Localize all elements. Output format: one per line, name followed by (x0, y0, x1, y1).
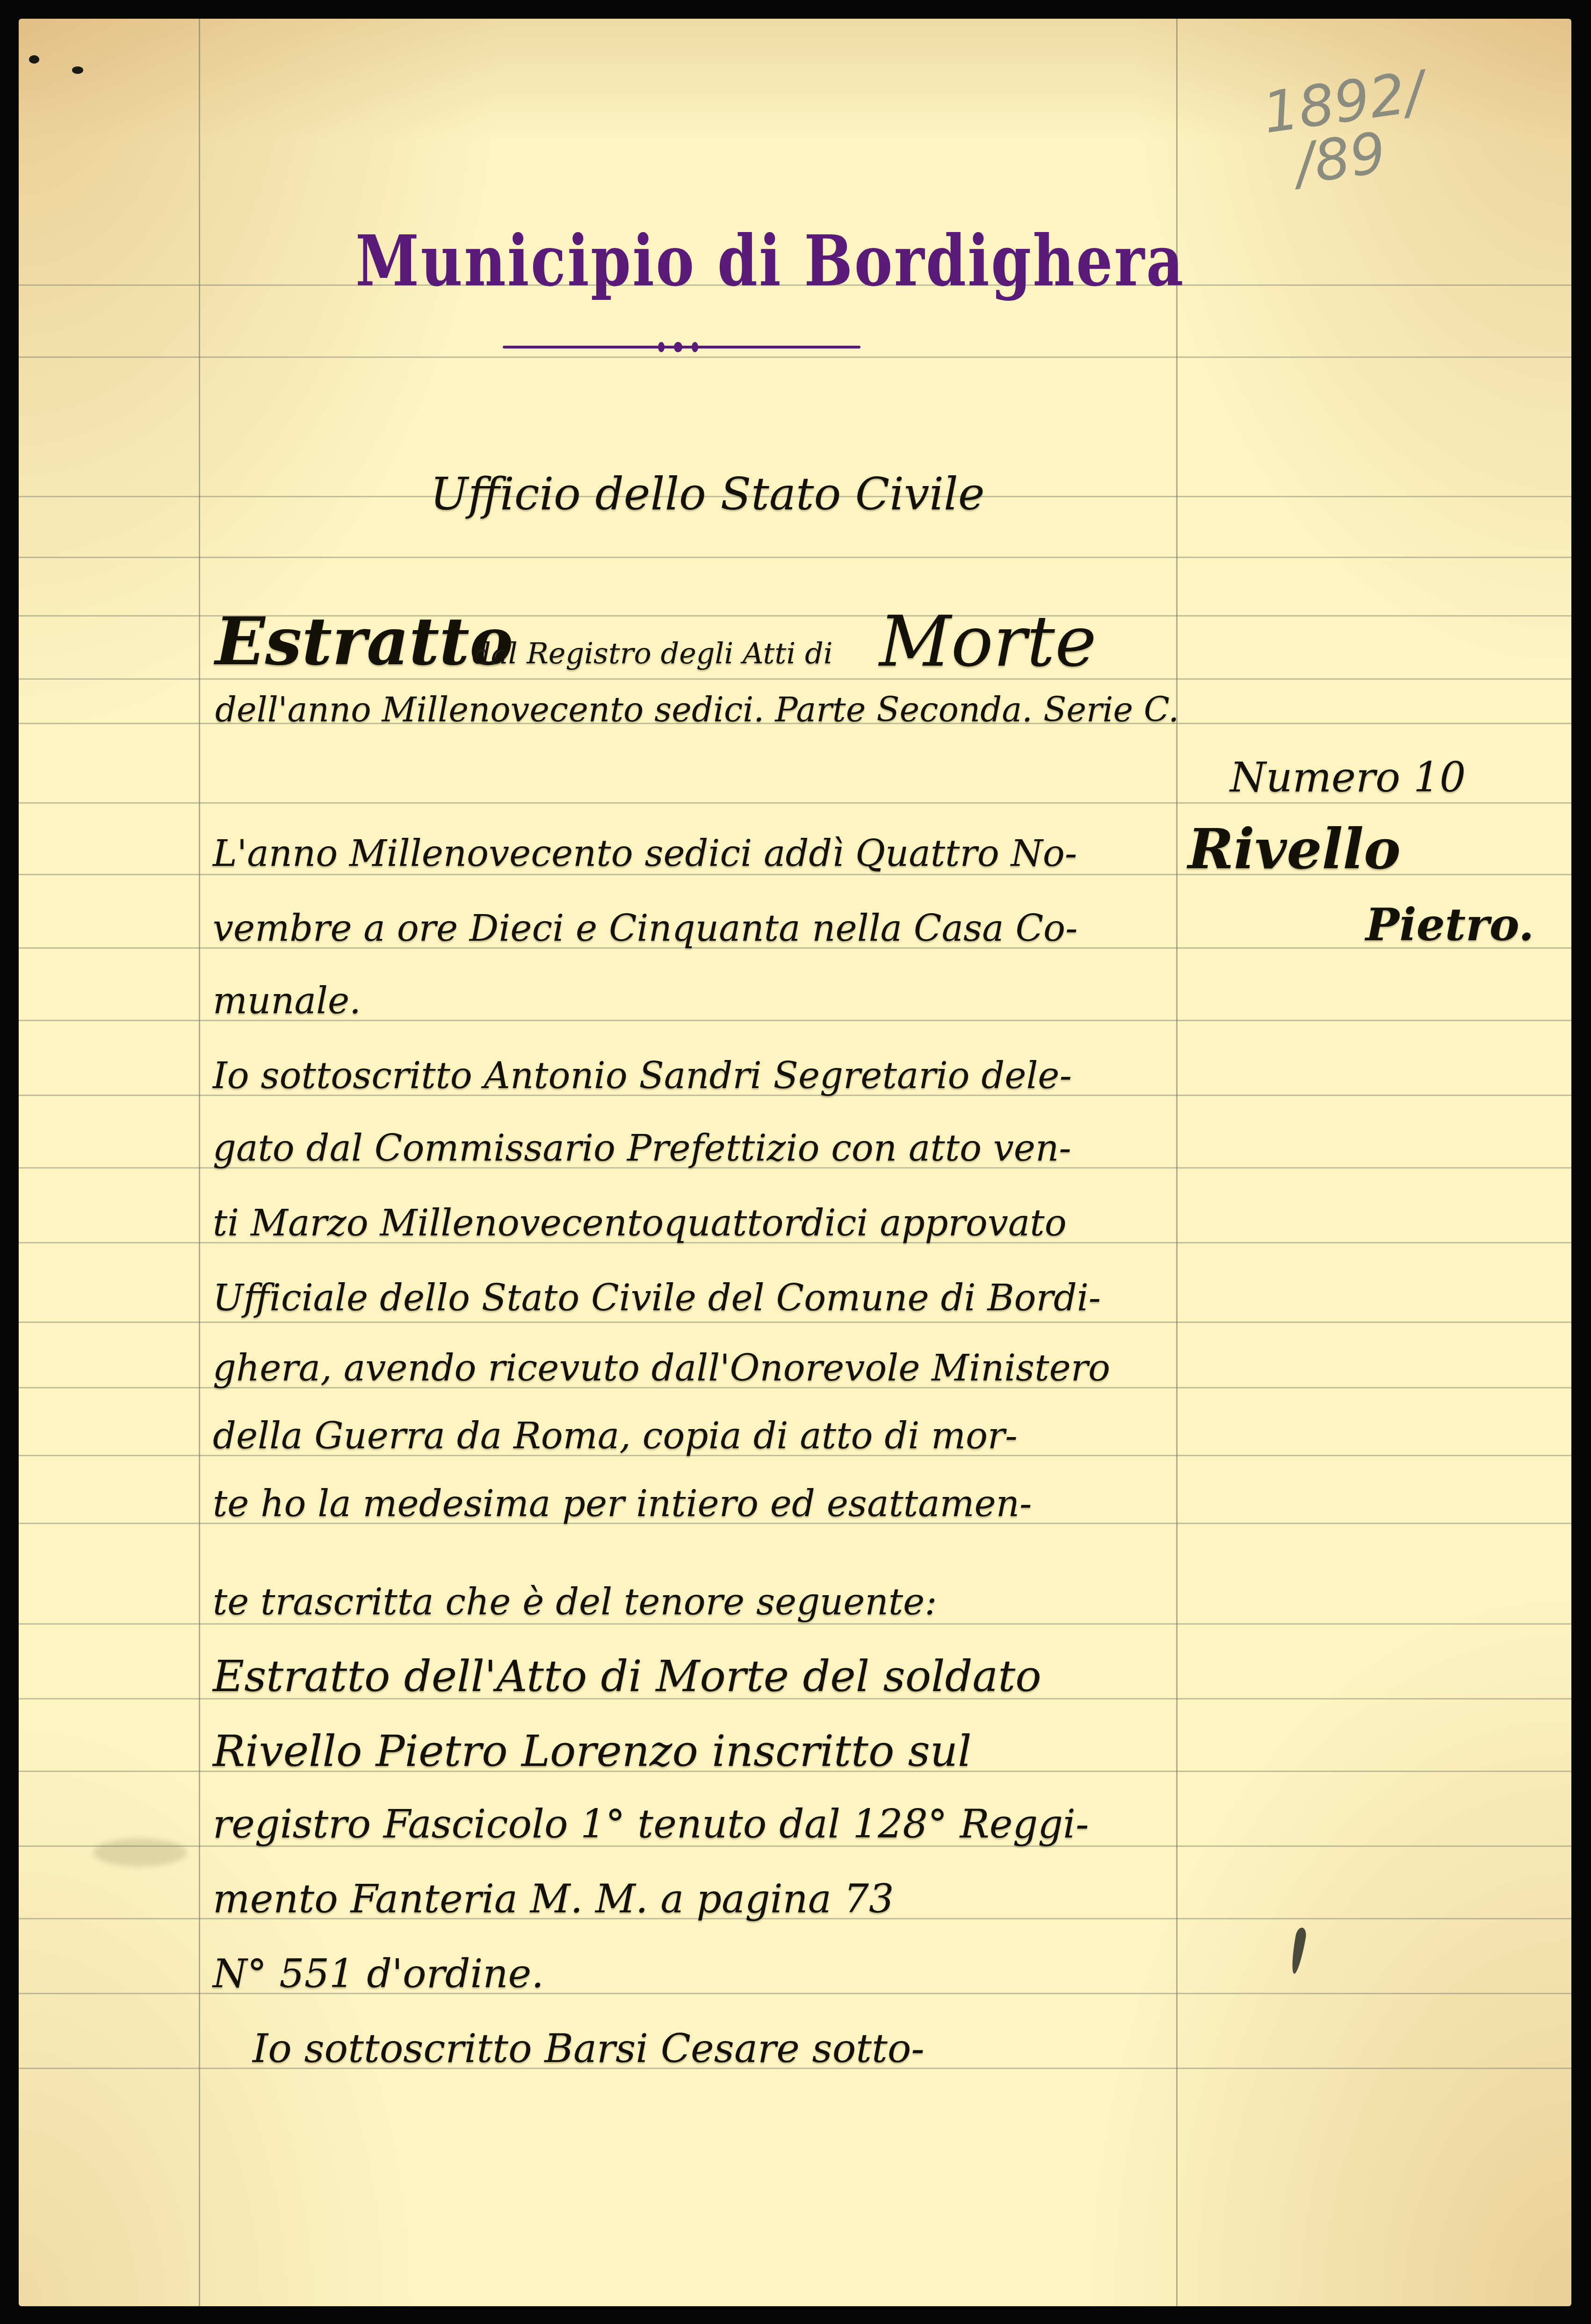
body-line: mento Fanteria M. M. a pagina 73 (213, 1876, 894, 1922)
ruled-line (19, 356, 1571, 358)
entry-given-name: Pietro. (1366, 898, 1534, 951)
ruled-line (19, 1623, 1571, 1625)
body-line: ti Marzo Millenovecentoquattordici appro… (213, 1202, 1067, 1244)
left-margin-line (199, 19, 200, 2306)
body-line: ghera, avendo ricevuto dall'Onorevole Mi… (213, 1347, 1110, 1389)
body-line: della Guerra da Roma, copia di atto di m… (213, 1415, 1018, 1457)
body-line: gato dal Commissario Prefettizio con att… (213, 1127, 1071, 1169)
ruled-line (19, 557, 1571, 558)
heading-estratto: Estratto (215, 603, 513, 680)
ink-speck (29, 55, 39, 64)
heading-morte: Morte (879, 601, 1097, 683)
body-line: munale. (213, 980, 361, 1022)
body-line: vembre a ore Dieci e Cinquanta nella Cas… (213, 908, 1078, 950)
municipio-letterhead: Municipio di Bordighera (355, 220, 1185, 302)
body-line: Io sottoscritto Antonio Sandri Segretari… (213, 1055, 1072, 1097)
body-line: te ho la medesima per intiero ed esattam… (213, 1483, 1032, 1525)
body-line: te trascritta che è del tenore seguente: (213, 1581, 937, 1623)
entry-surname: Rivello (1188, 816, 1401, 881)
ruled-line (19, 1322, 1571, 1323)
ink-offset-stain (94, 1838, 187, 1866)
heading-year-line: dell'anno Millenovecento sedici. Parte S… (215, 690, 1179, 729)
entry-number: Numero 10 (1230, 753, 1466, 801)
body-line: Io sottoscritto Barsi Cesare sotto- (253, 2026, 925, 2071)
body-line: Estratto dell'Atto di Morte del soldato (213, 1651, 1041, 1701)
body-line: registro Fascicolo 1° tenuto dal 128° Re… (213, 1801, 1089, 1847)
body-line: Rivello Pietro Lorenzo inscritto sul (213, 1726, 972, 1776)
column-divider-line (1176, 19, 1178, 2306)
body-line: N° 551 d'ordine. (213, 1951, 544, 1997)
archive-number-line2: /89 (1291, 120, 1390, 197)
ruled-line (19, 802, 1571, 804)
office-title: Ufficio dello Stato Civile (430, 468, 984, 520)
body-line: L'anno Millenovecento sedici addì Quattr… (213, 833, 1077, 875)
body-line: Ufficiale dello Stato Civile del Comune … (213, 1277, 1101, 1319)
ink-speck (72, 66, 83, 74)
heading-registro: dal Registro degli Atti di (472, 636, 833, 670)
letterhead-ornament (503, 344, 861, 349)
